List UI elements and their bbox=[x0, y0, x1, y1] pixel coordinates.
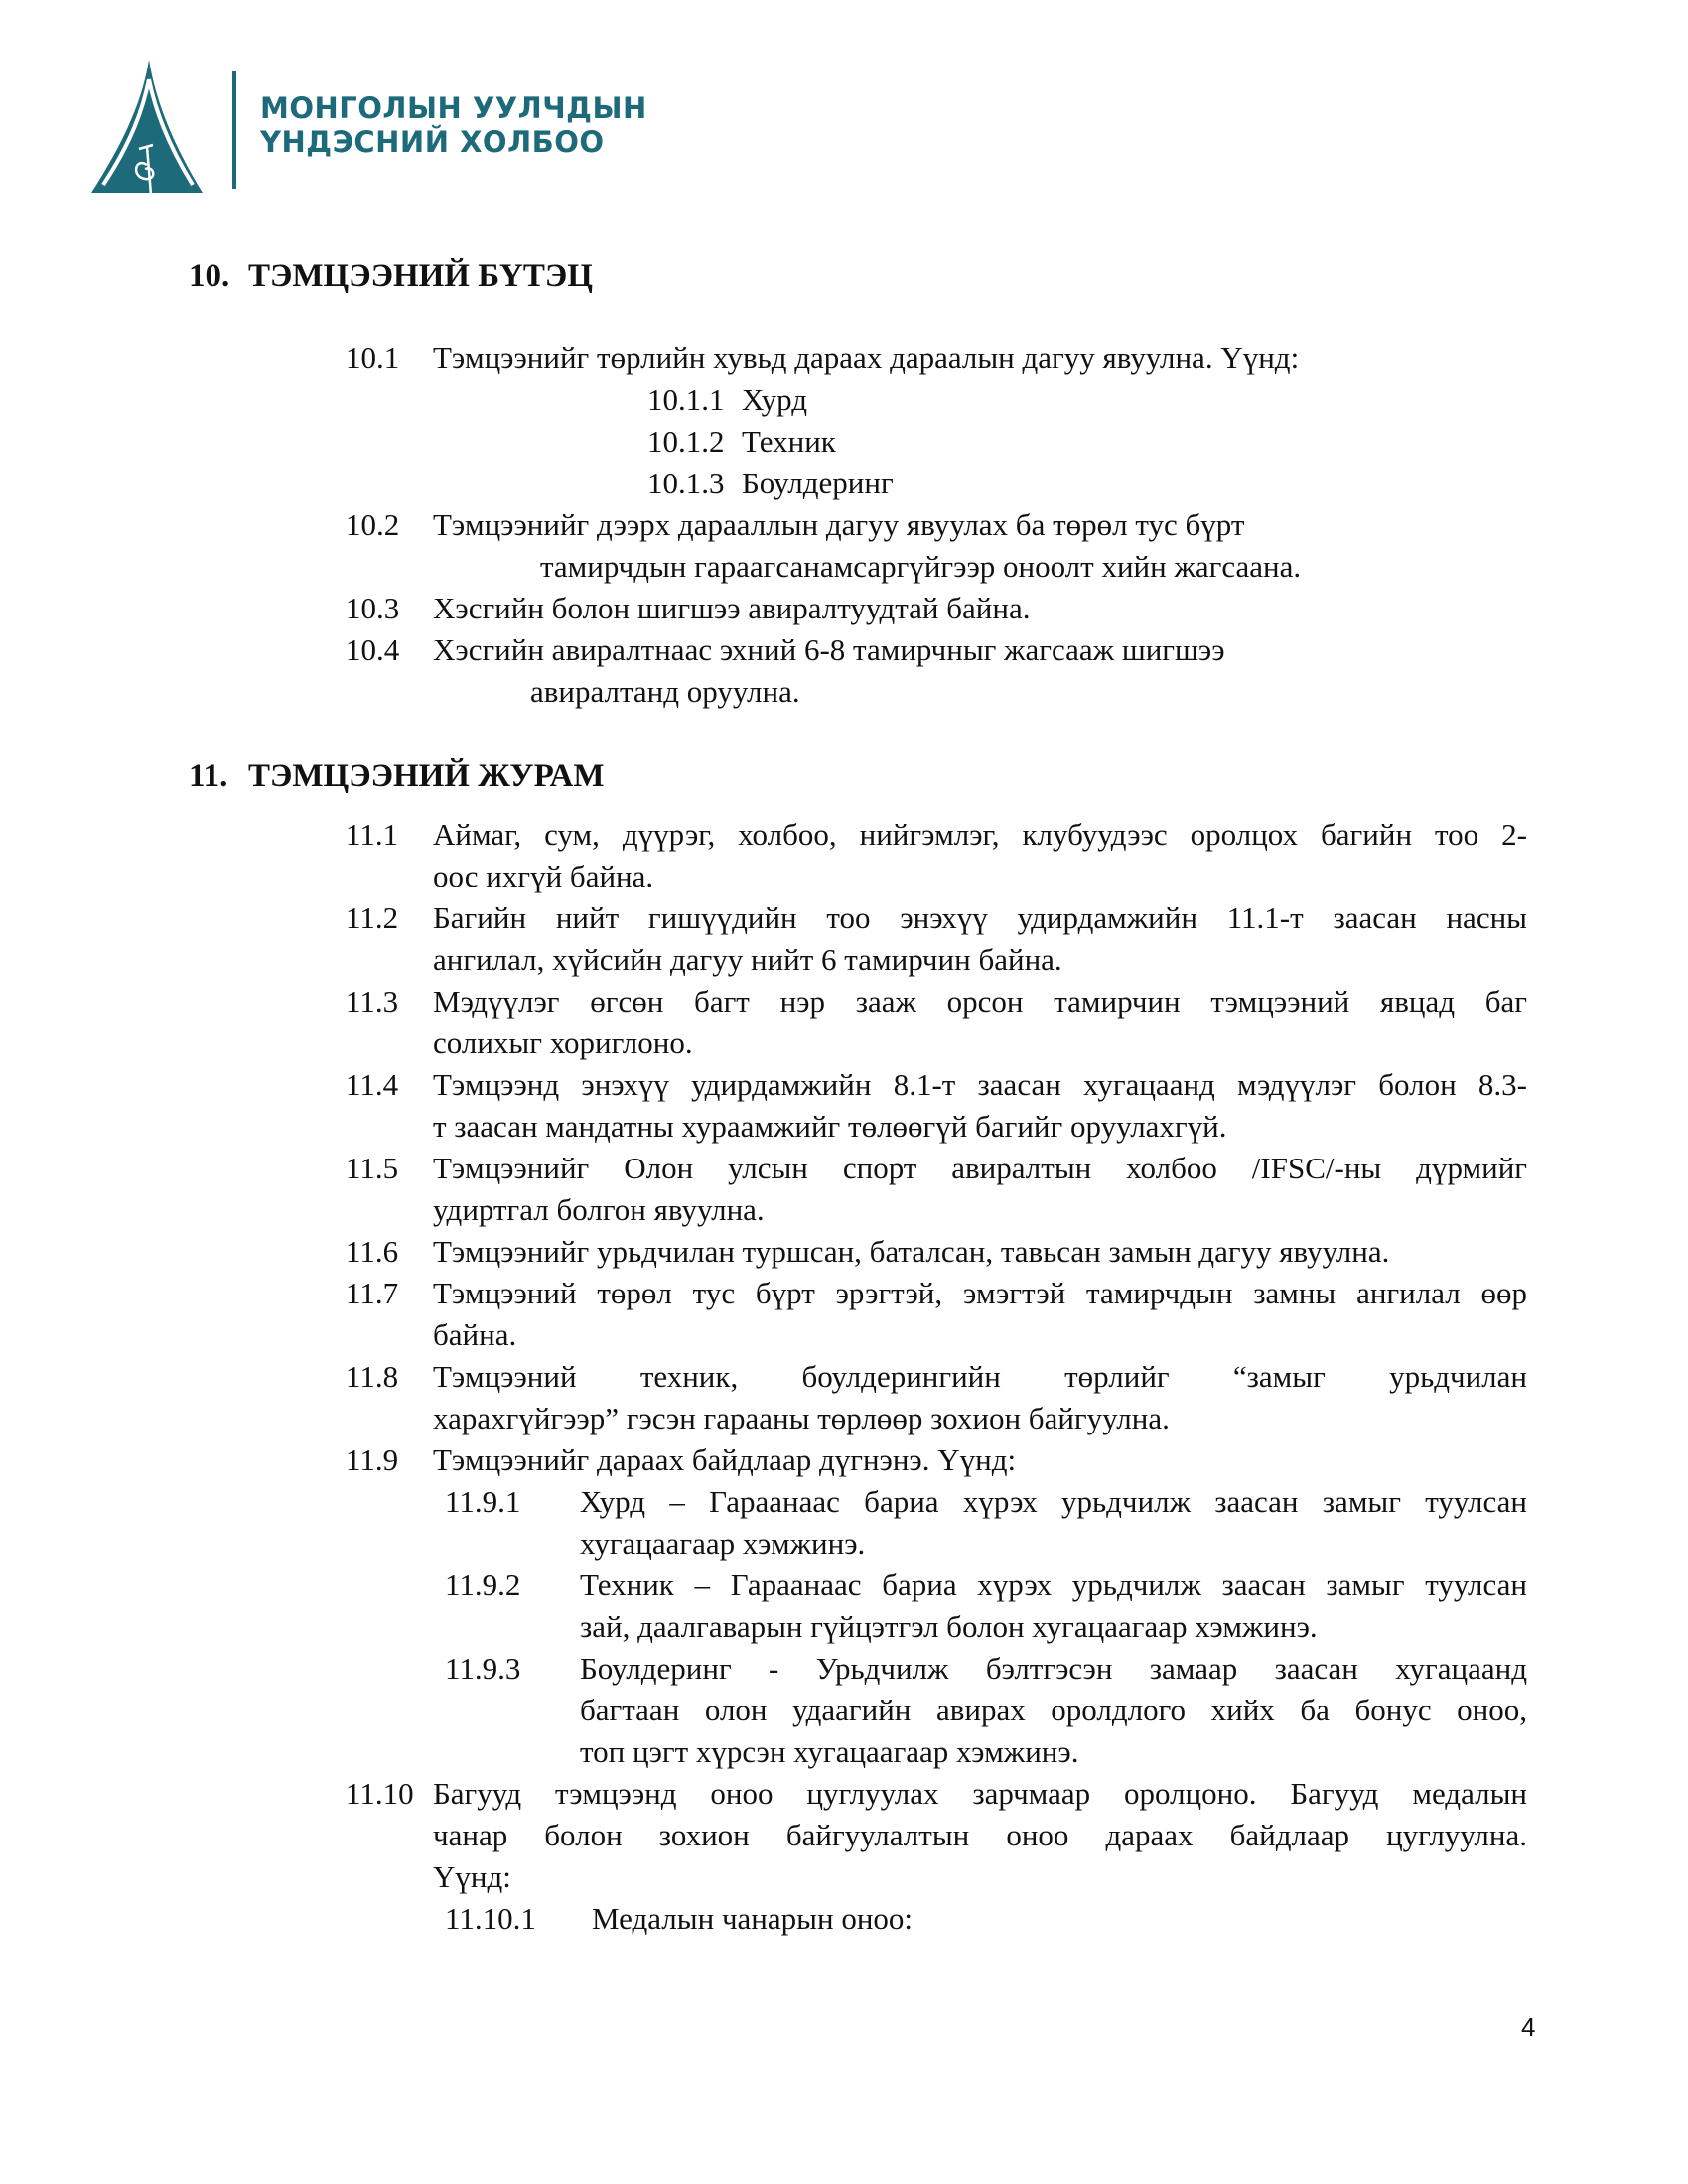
mountain-tent-logo-icon bbox=[87, 58, 207, 199]
org-name-line2: ҮНДЭСНИЙ ХОЛБОО bbox=[260, 125, 647, 159]
clause-11-8-cont: харахгүйгээр” гэсэн гарааны төрлөөр зохи… bbox=[433, 1398, 1170, 1439]
clause-11-9-3-cont: багтаан олон удаагийн авирах оролдлого х… bbox=[580, 1690, 1527, 1731]
clause-10-3: 10.3Хэсгийн болон шигшээ авиралтуудтай б… bbox=[346, 588, 1030, 629]
clause-11-6: 11.6Тэмцээнийг урьдчилан туршсан, баталс… bbox=[346, 1231, 1389, 1273]
clause-11-9: 11.9Тэмцээнийг дараах байдлаар дүгнэнэ. … bbox=[346, 1439, 1016, 1481]
clause-11-9-2: 11.9.2Техник – Гараанаас бариа хүрэх урь… bbox=[445, 1565, 1527, 1606]
clause-11-2-cont: ангилал, хүйсийн дагуу нийт 6 тамирчин б… bbox=[433, 939, 1062, 981]
clause-11-1-cont: оос ихгүй байна. bbox=[433, 856, 653, 897]
clause-11-8: 11.8Тэмцээний техник, боулдерингийн төрл… bbox=[346, 1356, 1527, 1398]
clause-11-9-3: 11.9.3Боулдеринг - Урьдчилж бэлтгэсэн за… bbox=[445, 1648, 1527, 1690]
clause-11-5-cont: удиртгал болгон явуулна. bbox=[433, 1189, 765, 1231]
clause-11-4: 11.4Тэмцээнд энэхүү удирдамжийн 8.1-т за… bbox=[346, 1064, 1527, 1106]
clause-11-7: 11.7Тэмцээний төрөл тус бүрт эрэгтэй, эм… bbox=[346, 1273, 1527, 1314]
org-name: МОНГОЛЫН УУЛЧДЫН ҮНДЭСНИЙ ХОЛБОО bbox=[260, 91, 647, 159]
clause-10-4-cont: авиралтанд оруулна. bbox=[530, 671, 800, 713]
clause-11-2: 11.2Багийн нийт гишүүдийн тоо энэхүү уди… bbox=[346, 897, 1527, 939]
clause-11-10: 11.10Багууд тэмцээнд оноо цуглуулах зарч… bbox=[346, 1773, 1527, 1815]
section-10-heading: 10.ТЭМЦЭЭНИЙ БҮТЭЦ bbox=[189, 256, 593, 296]
clause-10-1-3: 10.1.3Боулдеринг bbox=[647, 463, 894, 504]
clause-11-5: 11.5Тэмцээнийг Олон улсын спорт авиралты… bbox=[346, 1148, 1527, 1189]
clause-11-9-3-cont: топ цэгт хүрсэн хугацаагаар хэмжинэ. bbox=[580, 1731, 1078, 1773]
org-name-line1: МОНГОЛЫН УУЛЧДЫН bbox=[260, 91, 647, 125]
clause-10-2-cont: тамирчдын гараагсанамсаргүйгээр оноолт х… bbox=[540, 546, 1301, 588]
clause-11-10-1: 11.10.1Медалын чанарын оноо: bbox=[445, 1898, 913, 1940]
clause-11-3-cont: солихыг хориглоно. bbox=[433, 1023, 693, 1064]
clause-10-1: 10.1Тэмцээнийг төрлийн хувьд дараах дара… bbox=[346, 338, 1299, 379]
section-10-title: ТЭМЦЭЭНИЙ БҮТЭЦ bbox=[248, 258, 593, 294]
clause-10-4: 10.4Хэсгийн авиралтнаас эхний 6-8 тамирч… bbox=[346, 629, 1225, 671]
clause-10-1-1: 10.1.1Хурд bbox=[647, 379, 807, 421]
section-11-heading: 11.ТЭМЦЭЭНИЙ ЖУРАМ bbox=[189, 756, 605, 796]
clause-11-10-cont: Үүнд: bbox=[433, 1856, 511, 1898]
clause-11-4-cont: т заасан мандатны хураамжийг төлөөгүй ба… bbox=[433, 1106, 1227, 1148]
clause-11-9-1-cont: хугацаагаар хэмжинэ. bbox=[580, 1523, 865, 1565]
clause-11-3: 11.3Мэдүүлэг өгсөн багт нэр зааж орсон т… bbox=[346, 981, 1527, 1023]
clause-10-1-2: 10.1.2Техник bbox=[647, 421, 836, 463]
clause-11-7-cont: байна. bbox=[433, 1314, 516, 1356]
clause-10-2: 10.2Тэмцээнийг дээрх дарааллын дагуу яву… bbox=[346, 504, 1244, 546]
clause-11-9-1: 11.9.1Хурд – Гараанаас бариа хүрэх урьдч… bbox=[445, 1481, 1527, 1523]
section-11-title: ТЭМЦЭЭНИЙ ЖУРАМ bbox=[248, 758, 605, 794]
page-number: 4 bbox=[1521, 2012, 1535, 2043]
clause-11-9-2-cont: зай, даалгаварын гүйцэтгэл болон хугацаа… bbox=[580, 1606, 1318, 1648]
clause-11-10-cont: чанар болон зохион байгуулалтын оноо дар… bbox=[433, 1815, 1527, 1856]
logo-divider bbox=[232, 71, 236, 189]
clause-11-1: 11.1Аймаг, сум, дүүрэг, холбоо, нийгэмлэ… bbox=[346, 814, 1527, 856]
